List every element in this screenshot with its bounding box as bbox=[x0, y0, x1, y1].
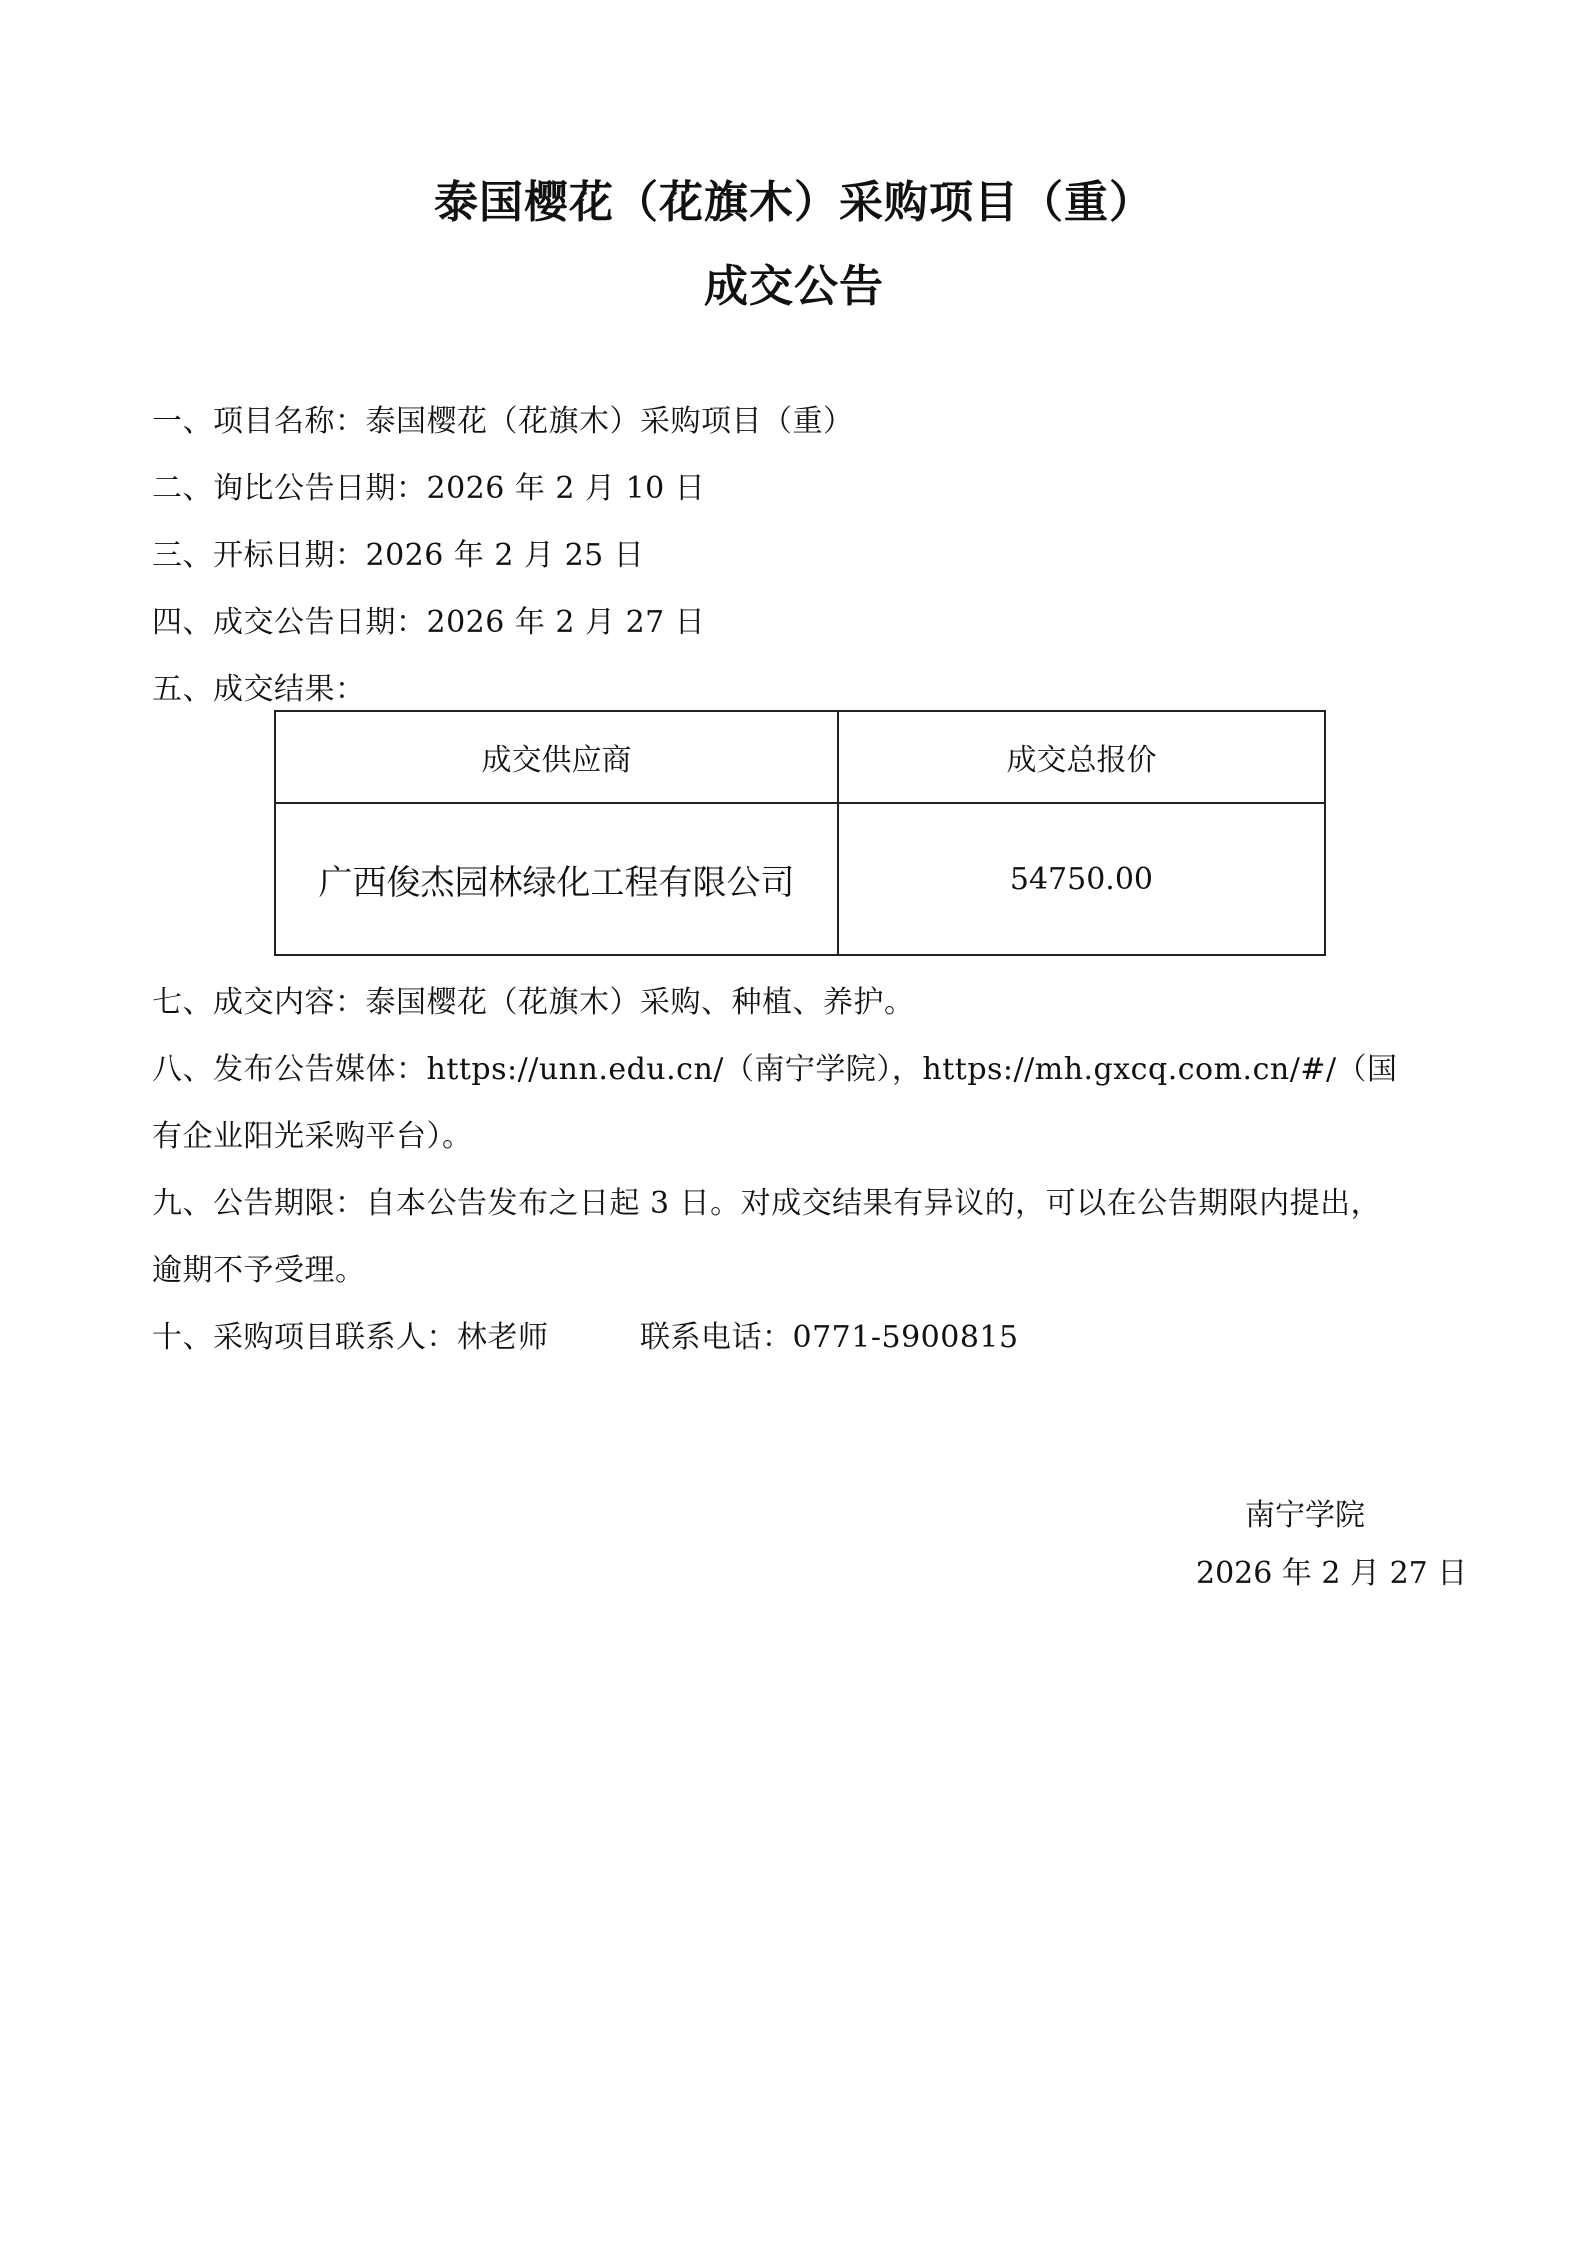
header-total-price: 成交总报价 bbox=[838, 711, 1325, 803]
item-award-date: 四、成交公告日期：2026 年 2 月 27 日 bbox=[152, 597, 705, 641]
table-header-row: 成交供应商 成交总报价 bbox=[275, 711, 1325, 803]
item-period-line2: 逾期不予受理。 bbox=[152, 1245, 366, 1289]
item-media-line2: 有企业阳光采购平台）。 bbox=[152, 1111, 473, 1155]
result-table: 成交供应商 成交总报价 广西俊杰园林绿化工程有限公司 54750.00 bbox=[274, 710, 1326, 956]
item-period-line1: 九、公告期限：自本公告发布之日起 3 日。对成交结果有异议的，可以在公告期限内提… bbox=[152, 1178, 1381, 1222]
document-subtitle: 成交公告 bbox=[0, 250, 1588, 314]
item-result-heading: 五、成交结果： bbox=[152, 664, 366, 708]
signature-date: 2026 年 2 月 27 日 bbox=[1196, 1548, 1467, 1592]
item-opening-date: 三、开标日期：2026 年 2 月 25 日 bbox=[152, 530, 644, 574]
signature-organization: 南宁学院 bbox=[1245, 1490, 1365, 1534]
table-row: 广西俊杰园林绿化工程有限公司 54750.00 bbox=[275, 803, 1325, 955]
item-inquiry-date: 二、询比公告日期：2026 年 2 月 10 日 bbox=[152, 463, 705, 507]
item-media-line1: 八、发布公告媒体：https://unn.edu.cn/（南宁学院），https… bbox=[152, 1044, 1398, 1088]
item-content: 七、成交内容：泰国樱花（花旗木）采购、种植、养护。 bbox=[152, 977, 915, 1021]
document-title: 泰国樱花（花旗木）采购项目（重） bbox=[0, 166, 1588, 230]
header-supplier: 成交供应商 bbox=[275, 711, 838, 803]
item-contact: 十、采购项目联系人：林老师 联系电话：0771-5900815 bbox=[152, 1312, 1019, 1356]
cell-supplier: 广西俊杰园林绿化工程有限公司 bbox=[275, 803, 838, 955]
item-project-name: 一、项目名称：泰国樱花（花旗木）采购项目（重） bbox=[152, 396, 854, 440]
cell-total-price: 54750.00 bbox=[838, 803, 1325, 955]
